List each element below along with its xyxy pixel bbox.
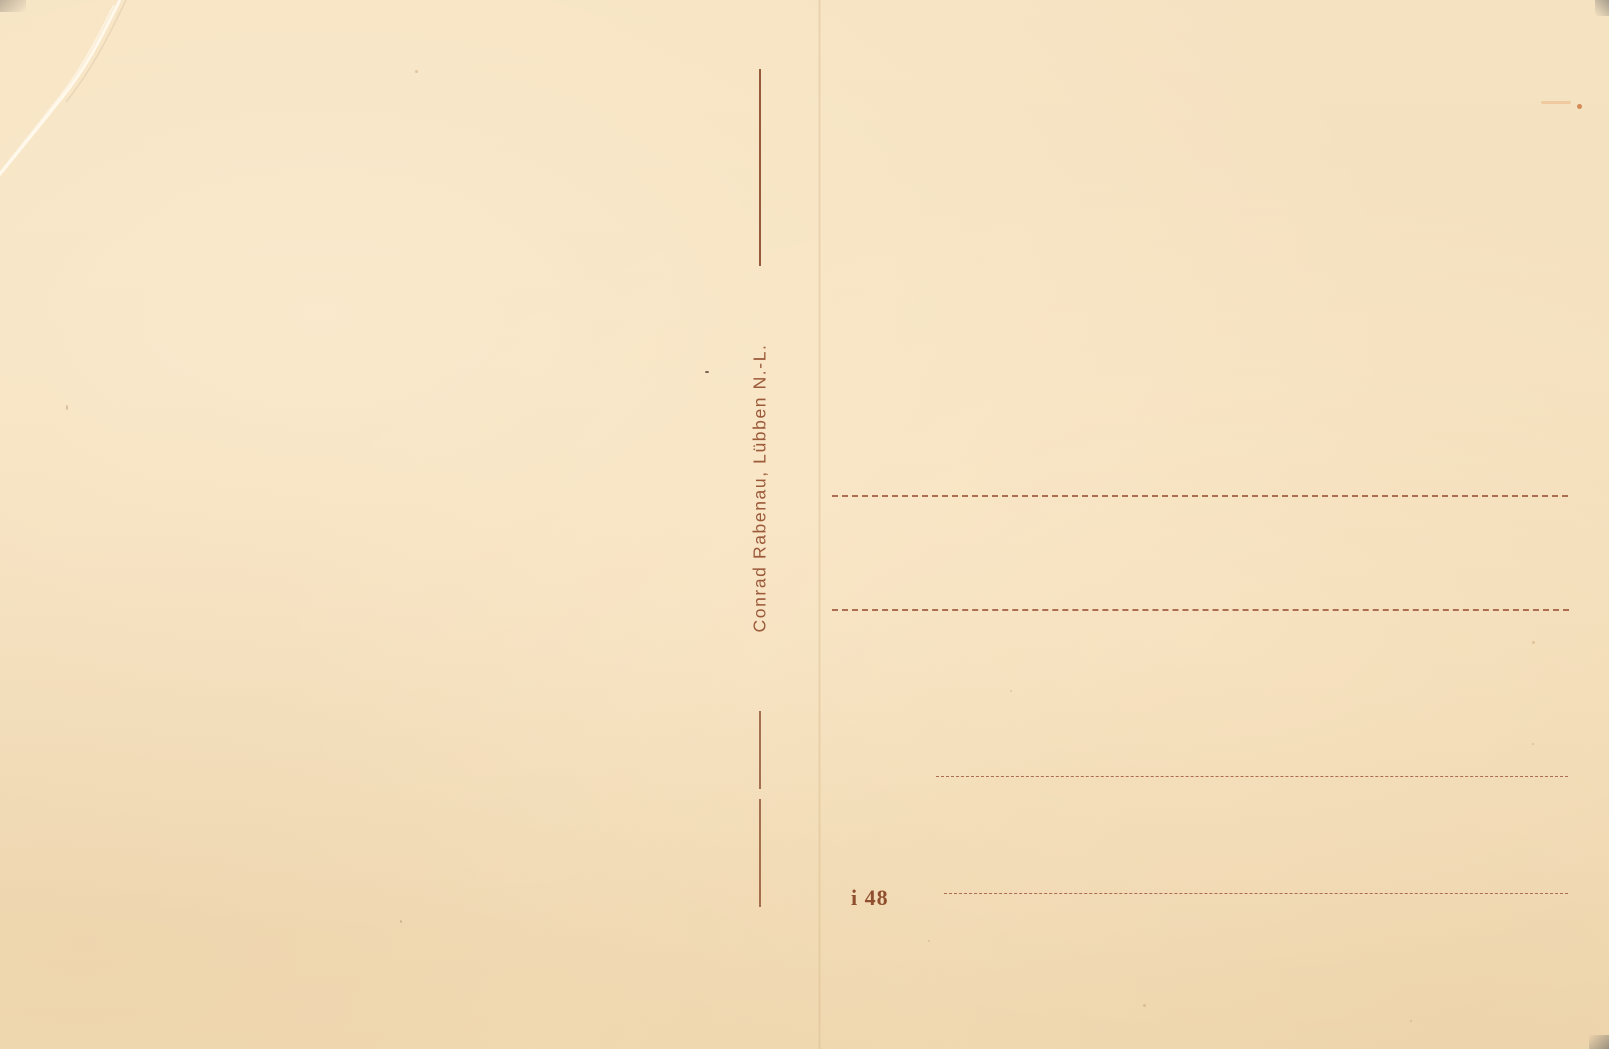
foxing-spot bbox=[1532, 743, 1534, 745]
postcard-back: Conrad Rabenau, Lübben N.-L. i 48 bbox=[0, 0, 1609, 1049]
divider-line-bottom-upper bbox=[759, 711, 761, 789]
corner-wear-top-right bbox=[1595, 0, 1609, 16]
foxing-spot bbox=[1143, 1004, 1146, 1007]
corner-wear-top-left bbox=[0, 0, 26, 12]
address-line-3 bbox=[936, 776, 1568, 777]
corner-wear-bottom-right bbox=[1589, 1035, 1609, 1049]
foxing-spot bbox=[1532, 641, 1535, 644]
foxing-spot bbox=[400, 920, 402, 923]
address-line-4 bbox=[944, 893, 1568, 894]
catalog-number: i 48 bbox=[851, 885, 889, 911]
divider-line-bottom-lower bbox=[759, 799, 761, 907]
publisher-imprint: Conrad Rabenau, Lübben N.-L. bbox=[750, 344, 771, 633]
divider-line-top bbox=[759, 69, 761, 266]
address-line-1 bbox=[832, 495, 1568, 497]
foxing-spot bbox=[705, 371, 709, 373]
address-line-2 bbox=[832, 609, 1569, 611]
foxing-spot bbox=[1541, 101, 1571, 104]
foxing-spot bbox=[928, 940, 930, 942]
foxing-spot bbox=[66, 405, 68, 410]
paper-crease bbox=[0, 0, 140, 200]
foxing-spot bbox=[1010, 690, 1012, 692]
foxing-spot bbox=[415, 70, 418, 73]
fold-line bbox=[818, 0, 821, 1049]
foxing-spot bbox=[1577, 104, 1582, 109]
foxing-spot bbox=[1410, 1020, 1412, 1022]
